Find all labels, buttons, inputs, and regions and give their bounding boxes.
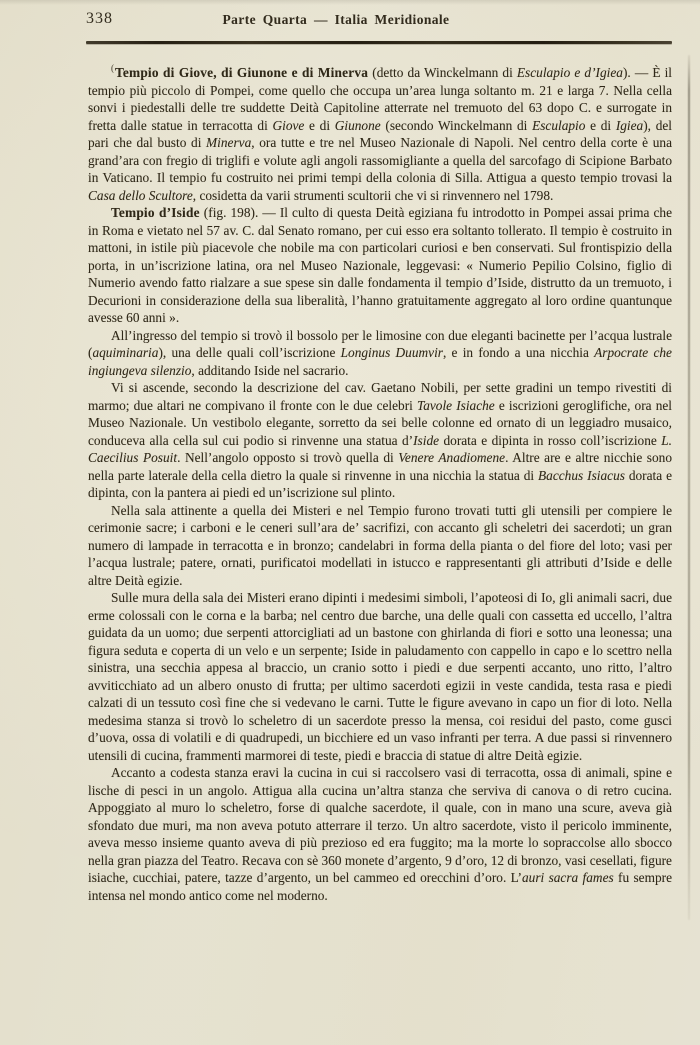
text-block: (Tempio di Giove, di Giunone e di Minerv… <box>88 60 672 904</box>
header-rule <box>86 41 672 44</box>
text-segment: Esculapio <box>532 118 585 133</box>
text-segment: ), una delle quali coll’iscrizione <box>158 345 340 360</box>
text-segment: Minerva <box>206 135 251 150</box>
page-header: 338 Parte Quarta — Italia Meridionale <box>0 8 672 42</box>
text-segment: (fig. 198). — Il culto di questa Deità e… <box>88 205 672 325</box>
paragraph: Sulle mura della sala dei Misteri erano … <box>88 589 672 764</box>
text-segment: Venere Anadiomene <box>398 450 505 465</box>
paragraph: All’ingresso del tempio si trovò il boss… <box>88 327 672 380</box>
text-segment: . Nell’angolo opposto si trovò quella di <box>177 450 398 465</box>
page-edge-shadow <box>688 55 690 920</box>
section-heading: Tempio di Giove, di Giunone e di Minerva <box>115 65 368 80</box>
text-segment: Giunone <box>335 118 381 133</box>
text-segment: Nella sala attinente a quella dei Mister… <box>88 503 672 588</box>
text-segment: Accanto a codesta stanza eravi la cucina… <box>88 765 672 885</box>
text-segment: Giove <box>272 118 304 133</box>
text-segment: Longinus Duumvir <box>341 345 443 360</box>
text-segment: , cosidetta da varii strumenti scultorii… <box>193 188 554 203</box>
paragraph: Accanto a codesta stanza eravi la cucina… <box>88 764 672 904</box>
paragraph: (Tempio di Giove, di Giunone e di Minerv… <box>88 60 672 204</box>
text-segment: Igiea <box>616 118 643 133</box>
section-heading: Tempio d’Iside <box>111 205 200 220</box>
text-segment: e di <box>585 118 615 133</box>
running-title: Parte Quarta — Italia Meridionale <box>0 12 672 28</box>
text-segment: Tavole Isiache <box>417 398 495 413</box>
text-segment: (detto da Winckelmann di <box>368 65 517 80</box>
text-segment: dorata e dipinta in rosso coll’iscrizion… <box>439 433 661 448</box>
text-segment: Bacchus Isiacus <box>538 468 625 483</box>
text-segment: (secondo Winckelmann di <box>381 118 532 133</box>
paragraph: Tempio d’Iside (fig. 198). — Il culto di… <box>88 204 672 327</box>
book-page: 338 Parte Quarta — Italia Meridionale (T… <box>0 0 700 1045</box>
print-artifact-mark: ( <box>111 63 114 73</box>
paragraph: Nella sala attinente a quella dei Mister… <box>88 502 672 590</box>
text-segment: Esculapio e d’Igiea <box>517 65 623 80</box>
text-segment: , e in fondo a una nicchia <box>443 345 594 360</box>
text-segment: Sulle mura della sala dei Misteri erano … <box>88 590 672 763</box>
text-segment: Iside <box>413 433 439 448</box>
paragraph: Vi si ascende, secondo la descrizione de… <box>88 379 672 502</box>
text-segment: e di <box>304 118 334 133</box>
text-segment: auri sacra fames <box>522 870 614 885</box>
text-segment: , additando Iside nel sacrario. <box>191 363 348 378</box>
text-segment: Casa dello Scultore <box>88 188 193 203</box>
text-segment: aquiminaria <box>92 345 158 360</box>
